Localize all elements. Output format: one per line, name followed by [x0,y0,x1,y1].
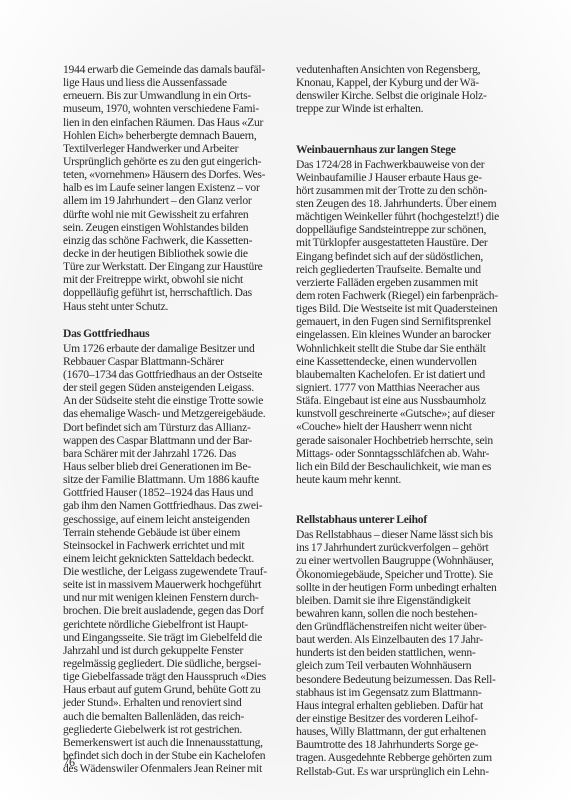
text-line: stabhaus ist im Gegensatz zum Blattmann- [296,686,532,699]
text-line: teten, «vornehmen» Häusern des Dorfes. W… [63,168,295,181]
left-column: 1944 erwarb die Gemeinde das damals bauf… [63,63,295,775]
text-line: Das 1724/28 in Fachwerkbauweise von der [296,158,532,171]
text-line: Rellstab-Gut. Es war ursprünglich ein Le… [296,765,532,778]
text-line: tragen. Ausgedehnte Rebberge gehörten zu… [296,751,532,764]
text-line: dürfte wohl nie mit Gewissheit zu erfahr… [63,208,295,221]
text-line: treppe zur Winde ist erhalten. [296,102,532,115]
text-line: geschossige, auf einem leicht ansteigend… [63,513,295,526]
text-line: und Eingangsseite. Sie trägt im Giebelfe… [63,631,295,644]
section-rellstabhaus: Rellstabhaus unterer Leihof Das Rellstab… [296,512,532,778]
text-line: doppelläufig geführt ist, herrschaftlich… [63,286,295,299]
text-line: hört zusammen mit der Trotte zu den schö… [296,184,532,197]
intro-paragraph-right: vedutenhaften Ansichten von Regensberg,K… [296,63,532,116]
text-line: der einstige Besitzer des vorderen Leiho… [296,712,532,725]
text-line: gleich zum Teil verbauten Wohnhäusern [296,659,532,672]
text-line: hunderts ist den beiden stattlichen, wen… [296,646,532,659]
text-line: sitze der Familie Blattmann. Um 1886 kau… [63,473,295,486]
text-line: eine Kassettendecke, einen wundervollen [296,355,532,368]
text-line: und nur mit wenigen kleinen Fenstern dur… [63,591,295,604]
page-number: 76 [63,755,75,770]
text-line: lich ein Bild der Beschaulichkeit, wie m… [296,460,532,473]
text-line: sein. Zeugen einstigen Wohlstandes bilde… [63,221,295,234]
text-line: des Wädenswiler Ofenmalers Jean Reiner m… [63,762,295,775]
text-line: seite ist in massivem Mauerwerk hochgefü… [63,578,295,591]
text-line: Mittags- oder Sonntagsschläfchen ab. Wah… [296,447,532,460]
text-line: Steinsockel in Fachwerk errichtet und mi… [63,539,295,552]
text-line: Jahrzahl und ist durch gekuppelte Fenste… [63,644,295,657]
text-line: mit Türklopfer ausgestatteten Haustüre. … [296,236,532,249]
section-heading: Das Gottfriedhaus [63,326,295,342]
text-line: Textilverleger Handwerker und Arbeiter [63,142,295,155]
text-line: Rebbauer Caspar Blattmann-Schärer [63,355,295,368]
text-line: vedutenhaften Ansichten von Regensberg, [296,63,532,76]
text-line: zu einer wertvollen Baugruppe (Wohnhäuse… [296,554,532,567]
text-line: Die westliche, der Leigass zugewendete T… [63,565,295,578]
text-line: gerichtete nördliche Giebelfront ist Hau… [63,618,295,631]
text-line: befindet sich doch in der Stube ein Kach… [63,749,295,762]
text-line: lien in den einfachen Räumen. Das Haus «… [63,116,295,129]
text-line: eingelassen. Ein kleines Wunder an baroc… [296,328,532,341]
section-heading: Rellstabhaus unterer Leihof [296,512,532,528]
text-line: Wohnlichkeit stellt die Stube dar Sie en… [296,342,532,355]
section-body: Das Rellstabhaus – dieser Name lässt sic… [296,528,532,778]
text-line: gab ihm den Namen Gottfriedhaus. Das zwe… [63,499,295,512]
text-line: gerade saisonaler Hochbetrieb herrschte,… [296,434,532,447]
intro-paragraph-left: 1944 erwarb die Gemeinde das damals bauf… [63,63,295,313]
text-line: halb es im Laufe seiner langen Existenz … [63,181,295,194]
text-line: allem im 19 Jahrhundert – den Glanz verl… [63,194,295,207]
text-line: Stäfa. Eingebaut ist eine aus Nussbaumho… [296,394,532,407]
text-line: reich gegliederten Traufseite. Bemalte u… [296,263,532,276]
text-line: gegliederte Giebelwerk ist rot gestriche… [63,723,295,736]
text-line: (1670–1734 das Gottfriedhaus an der Osts… [63,368,295,381]
text-line: Haus integral erhalten geblieben. Dafür … [296,699,532,712]
text-line: ins 17 Jahrhundert zurückverfolgen – geh… [296,541,532,554]
text-line: bleiben. Damit sie ihre Eigenständigkeit [296,594,532,607]
text-line: den Gründflächenstreifen nicht weiter üb… [296,620,532,633]
text-line: Baumtrotte des 18 Jahrhunderts Sorge ge- [296,738,532,751]
right-column: vedutenhaften Ansichten von Regensberg,K… [296,63,532,778]
document-page: 1944 erwarb die Gemeinde das damals bauf… [0,0,571,800]
text-line: Ursprünglich gehörte es zu den gut einge… [63,155,295,168]
text-line: Haus erbaut auf gutem Grund, behüte Gott… [63,683,295,696]
text-line: Haus selber blieb drei Generationen im B… [63,460,295,473]
text-line: verzierte Falläden ergeben zusammen mit [296,276,532,289]
text-line: doppelläufige Sandsteintreppe zur schöne… [296,223,532,236]
text-line: der steil gegen Süden ansteigenden Leiga… [63,381,295,394]
text-line: Eingang befindet sich auf der südöstlich… [296,250,532,263]
text-line: signiert. 1777 von Matthias Neeracher au… [296,381,532,394]
text-line: tiges Bild. Die Westseite ist mit Quader… [296,302,532,315]
text-line: An der Südseite steht die einstige Trott… [63,394,295,407]
text-line: bara Schärer mit der Jahrzahl 1726. Das [63,447,295,460]
text-line: baut werden. Als Einzelbauten des 17 Jah… [296,633,532,646]
text-line: einzig das schöne Fachwerk, die Kassette… [63,234,295,247]
text-line: besondere Bedeutung beizumessen. Das Rel… [296,673,532,686]
text-line: das ehemalige Wasch- und Metzgereigebäud… [63,407,295,420]
section-weinbauernhaus: Weinbauernhaus zur langen Stege Das 1724… [296,142,532,487]
section-heading: Weinbauernhaus zur langen Stege [296,142,532,158]
text-line: Das Rellstabhaus – dieser Name lässt sic… [296,528,532,541]
text-line: Gottfried Hauser (1852–1924 das Haus und [63,486,295,499]
text-line: heute kaum mehr kennt. [296,473,532,486]
text-line: Türe zur Werkstatt. Der Eingang zur Haus… [63,260,295,273]
text-line: Bemerkenswert ist auch die Innenausstatt… [63,736,295,749]
text-line: dem roten Fachwerk (Riegel) ein farbenpr… [296,289,532,302]
text-line: tige Giebelfassade trägt den Hausspruch … [63,670,295,683]
text-line: wappen des Caspar Blattmann und der Bar- [63,434,295,447]
text-line: hauses, Willy Blattmann, der gut erhalte… [296,725,532,738]
text-line: mit der Freitreppe wirkt, obwohl sie nic… [63,273,295,286]
text-line: sollte in der heutigen Form unbedingt er… [296,581,532,594]
text-line: blaubemalten Kachelofen. Er ist datiert … [296,368,532,381]
text-line: regelmässig gegliedert. Die südliche, be… [63,657,295,670]
text-line: mächtigen Weinkeller führt (hochgestelzt… [296,210,532,223]
text-line: 1944 erwarb die Gemeinde das damals bauf… [63,63,295,76]
text-line: lige Haus und liess die Aussenfassade [63,76,295,89]
text-line: erneuern. Bis zur Umwandlung in ein Orts… [63,89,295,102]
text-line: jeder Stund». Erhalten und renoviert sin… [63,696,295,709]
text-line: Dort befindet sich am Türsturz das Allia… [63,421,295,434]
text-line: denswiler Kirche. Selbst die originale H… [296,89,532,102]
section-gottfriedhaus: Das Gottfriedhaus Um 1726 erbaute der da… [63,326,295,776]
text-line: decke in der heutigen Bibliothek sowie d… [63,247,295,260]
text-line: Weinbaufamilie J Hauser erbaute Haus ge- [296,171,532,184]
text-line: kunstvoll geschreinerte «Gutsche»; auf d… [296,407,532,420]
section-body: Das 1724/28 in Fachwerkbauweise von derW… [296,158,532,487]
section-body: Um 1726 erbaute der damalige Besitzer un… [63,342,295,776]
text-line: brochen. Die breit ausladende, gegen das… [63,604,295,617]
text-line: Knonau, Kappel, der Kyburg und der Wä- [296,76,532,89]
text-line: Terrain stehende Gebäude ist über einem [63,526,295,539]
text-line: museum, 1970, wohnten verschiedene Fami- [63,102,295,115]
text-line: einem leicht geknickten Satteldach bedec… [63,552,295,565]
text-line: bewahren kann, sollen die noch bestehen- [296,607,532,620]
text-line: auch die bemalten Ballenläden, das reich… [63,710,295,723]
text-line: Ökonomiegebäude, Speicher und Trotte). S… [296,568,532,581]
text-line: «Couche» hielt der Hausherr wenn nicht [296,420,532,433]
text-line: Haus steht unter Schutz. [63,300,295,313]
text-line: Hohlen Eich» beherbergte demnach Bauern, [63,129,295,142]
text-line: Um 1726 erbaute der damalige Besitzer un… [63,342,295,355]
text-line: sten Zeugen des 18. Jahrhunderts. Über e… [296,197,532,210]
text-line: gemauert, in den Fugen sind Sernifitspre… [296,315,532,328]
